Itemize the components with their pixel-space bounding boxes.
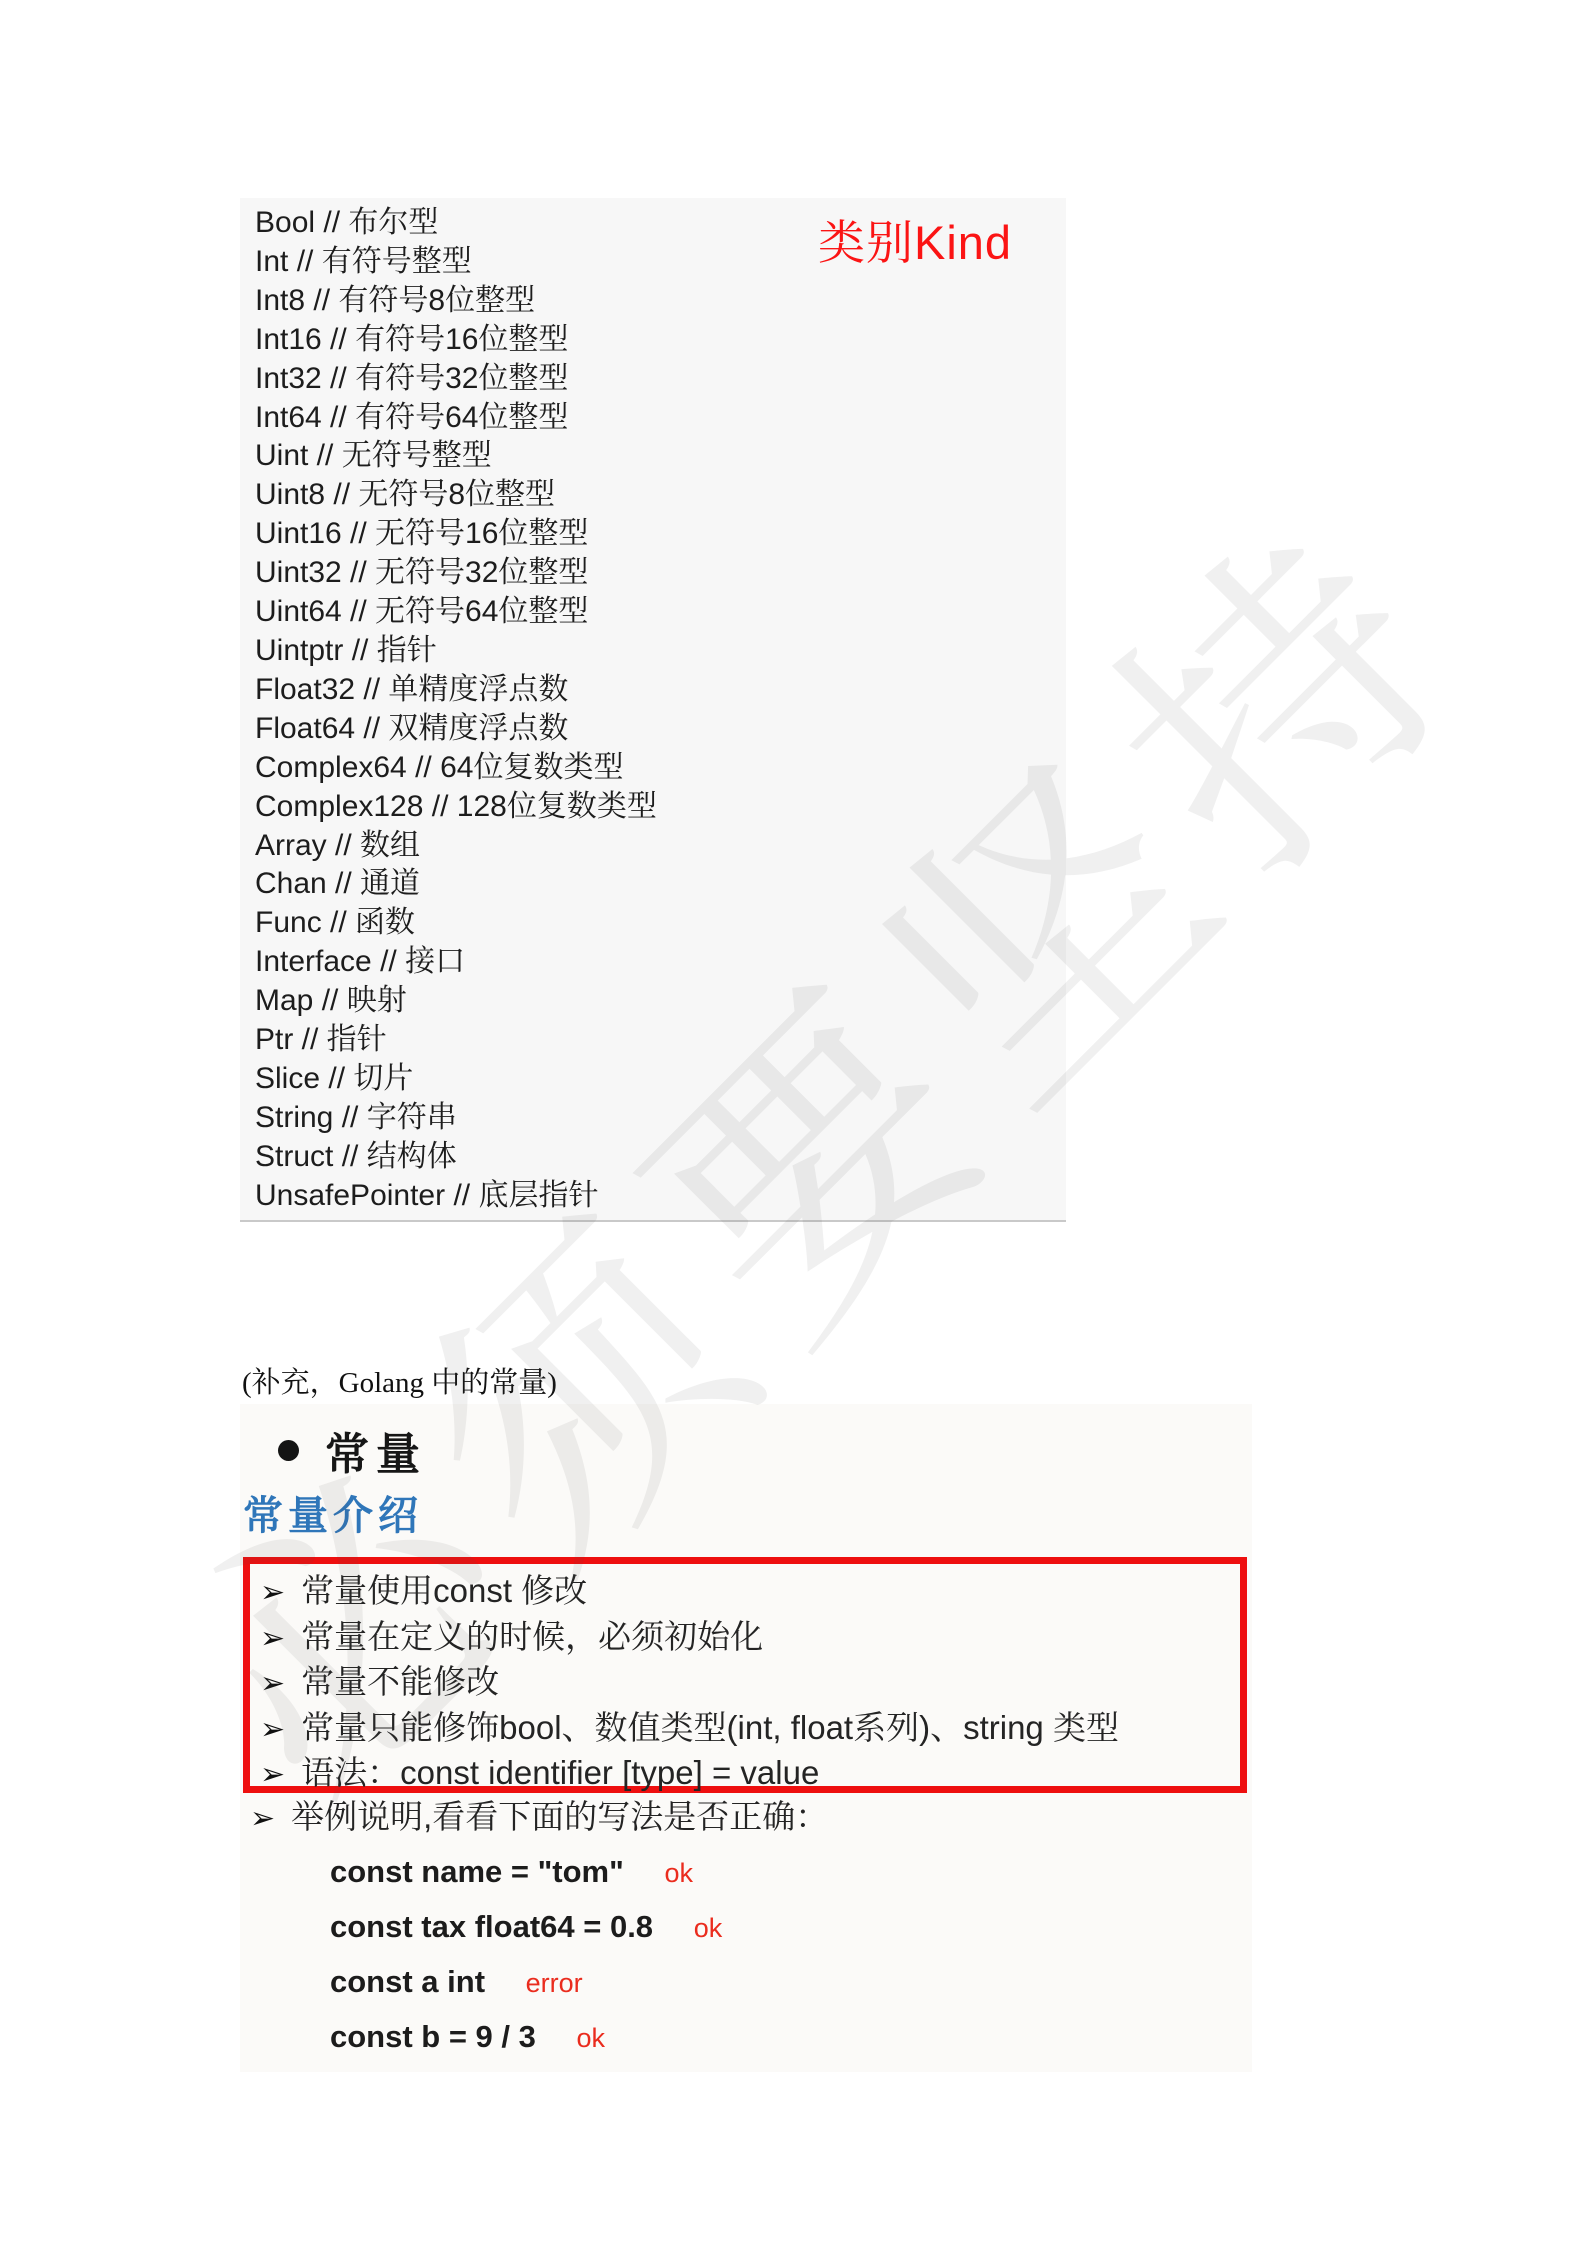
rule-row: ➢ 常量不能修改: [260, 1660, 1240, 1706]
kind-line: Struct // 结构体: [255, 1138, 1066, 1177]
kind-line: Chan // 通道: [255, 865, 1066, 904]
kind-line: Uint8 // 无符号8位整型: [255, 476, 1066, 515]
rule-text: 语法：const identifier [type] = value: [301, 1751, 819, 1795]
kind-line: Int8 // 有符号8位整型: [255, 282, 1066, 321]
kind-line: Complex128 // 128位复数类型: [255, 788, 1066, 827]
kind-line: Float64 // 双精度浮点数: [255, 710, 1066, 749]
kind-line: Float32 // 单精度浮点数: [255, 671, 1066, 710]
code-example-row: const b = 9 / 3 ok: [250, 2010, 828, 2065]
rule-row: ➢ 常量只能修饰bool、数值类型(int, float系列)、string 类…: [260, 1706, 1240, 1752]
kind-line: Interface // 接口: [255, 943, 1066, 982]
kind-line: Int32 // 有符号32位整型: [255, 360, 1066, 399]
example-intro-text: 举例说明,看看下面的写法是否正确：: [291, 1790, 828, 1843]
verdict-label: ok: [664, 1858, 693, 1888]
kind-line-list: Bool // 布尔型 Int // 有符号整型 Int8 // 有符号8位整型…: [240, 198, 1066, 1216]
code-text: const name = "tom": [330, 1854, 624, 1889]
const-title: 常量: [278, 1418, 427, 1482]
verdict-label: ok: [577, 2023, 606, 2053]
arrow-bullet-icon: ➢: [260, 1571, 285, 1615]
kind-line: Map // 映射: [255, 982, 1066, 1021]
rule-text: 常量只能修饰bool、数值类型(int, float系列)、string 类型: [301, 1706, 1119, 1750]
verdict-label: error: [526, 1968, 583, 1998]
rule-text: 常量在定义的时候，必须初始化: [301, 1615, 763, 1659]
kind-line: String // 字符串: [255, 1099, 1066, 1138]
code-example-row: const name = "tom" ok: [250, 1845, 828, 1900]
rule-row: ➢ 常量使用const 修改: [260, 1569, 1240, 1615]
kind-line: Func // 函数: [255, 904, 1066, 943]
code-text: const tax float64 = 0.8: [330, 1909, 653, 1944]
verdict-label: ok: [694, 1913, 723, 1943]
kind-line: Uint64 // 无符号64位整型: [255, 593, 1066, 632]
arrow-bullet-icon: ➢: [260, 1662, 285, 1706]
kind-line: Slice // 切片: [255, 1060, 1066, 1099]
kind-heading: 类别Kind: [818, 206, 1012, 273]
code-example-row: const a int error: [250, 1955, 828, 2010]
kind-line: UnsafePointer // 底层指针: [255, 1177, 1066, 1216]
arrow-bullet-icon: ➢: [260, 1617, 285, 1661]
kind-line: Ptr // 指针: [255, 1021, 1066, 1060]
code-text: const b = 9 / 3: [330, 2019, 536, 2054]
kind-line: Int64 // 有符号64位整型: [255, 399, 1066, 438]
kind-line: Uint16 // 无符号16位整型: [255, 515, 1066, 554]
kind-line: Int16 // 有符号16位整型: [255, 321, 1066, 360]
const-section: 常量 常量介绍 ➢ 常量使用const 修改 ➢ 常量在定义的时候，必须初始化 …: [240, 1404, 1252, 2072]
example-intro-row: ➢ 举例说明,看看下面的写法是否正确：: [250, 1790, 828, 1845]
const-title-label: 常量: [325, 1418, 427, 1482]
arrow-bullet-icon: ➢: [250, 1792, 275, 1845]
const-rules-highlight-box: ➢ 常量使用const 修改 ➢ 常量在定义的时候，必须初始化 ➢ 常量不能修改…: [243, 1557, 1247, 1793]
rule-text: 常量使用const 修改: [301, 1569, 587, 1613]
arrow-bullet-icon: ➢: [260, 1708, 285, 1752]
supplement-note: (补充，Golang 中的常量): [242, 1360, 557, 1401]
kind-code-panel: 类别Kind Bool // 布尔型 Int // 有符号整型 Int8 // …: [240, 198, 1066, 1222]
bullet-dot-icon: [278, 1440, 299, 1461]
const-examples: ➢ 举例说明,看看下面的写法是否正确： const name = "tom" o…: [250, 1790, 828, 2065]
kind-line: Uint // 无符号整型: [255, 437, 1066, 476]
kind-line: Array // 数组: [255, 827, 1066, 866]
kind-line: Complex64 // 64位复数类型: [255, 749, 1066, 788]
kind-line: Uint32 // 无符号32位整型: [255, 554, 1066, 593]
const-subtitle: 常量介绍: [243, 1484, 423, 1541]
code-example-row: const tax float64 = 0.8 ok: [250, 1900, 828, 1955]
rule-text: 常量不能修改: [301, 1660, 499, 1704]
rule-row: ➢ 常量在定义的时候，必须初始化: [260, 1615, 1240, 1661]
document-page: 类别Kind Bool // 布尔型 Int // 有符号整型 Int8 // …: [0, 0, 1587, 2245]
code-text: const a int: [330, 1964, 485, 1999]
kind-line: Uintptr // 指针: [255, 632, 1066, 671]
